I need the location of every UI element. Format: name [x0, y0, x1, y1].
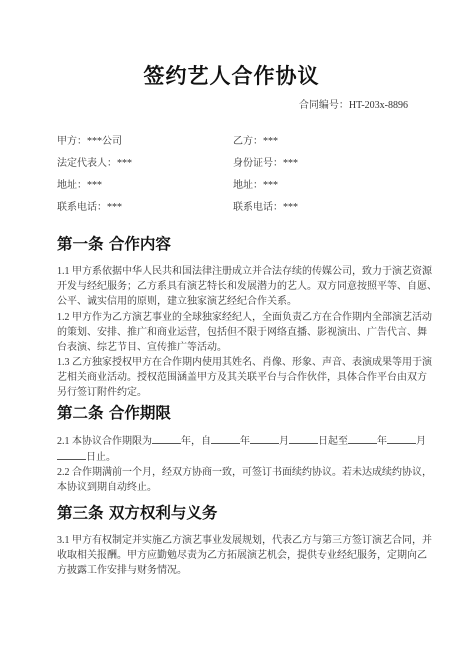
- party-row: 联系电话：*** 联系电话：***: [57, 201, 417, 223]
- blank-start-day[interactable]: [289, 433, 318, 444]
- party-b-address: 地址：***: [233, 179, 413, 201]
- text-line: 本协议到期自动终止。: [57, 480, 412, 495]
- text-line: 开发与经纪服务；乙方系具有演艺特长和发展潜力的艺人。双方同意按照平等、自愿、: [57, 279, 412, 294]
- party-row: 地址：*** 地址：***: [57, 179, 417, 201]
- text-segment: 日止。: [86, 452, 116, 463]
- text-line: 1.2 甲方作为乙方演艺事业的全球独家经纪人，全面负责乙方在合作期内全部演艺活动: [57, 310, 412, 325]
- clause-2-2: 2.2 合作期满前一个月，经双方协商一致，可签订书面续约协议。若未达成续约协议，…: [57, 465, 412, 495]
- party-a-phone: 联系电话：***: [57, 201, 233, 223]
- text-line: 艺相关商业活动。授权范围涵盖甲方及其关联平台与合作伙伴，具体合作平台由双方: [57, 370, 412, 385]
- text-line: 1.3 乙方独家授权甲方在合作期内使用其姓名、肖像、形象、声音、表演成果等用于演: [57, 355, 412, 370]
- blank-start-year[interactable]: [211, 433, 240, 444]
- section-heading-1: 第一条 合作内容: [57, 234, 171, 254]
- text-line: 2.1 本协议合作期限为年，自年月日起至年月: [57, 433, 412, 449]
- section-heading-3: 第三条 双方权利与义务: [57, 503, 217, 523]
- party-b-phone: 联系电话：***: [233, 201, 413, 223]
- clause-3-1: 3.1 甲方有权制定并实施乙方演艺事业发展规划，代表乙方与第三方签订演艺合同，并…: [57, 533, 412, 578]
- text-line: 方披露工作安排与财务情况。: [57, 563, 412, 578]
- party-a-legal-rep: 法定代表人：***: [57, 157, 233, 179]
- clause-1-2: 1.2 甲方作为乙方演艺事业的全球独家经纪人，全面负责乙方在合作期内全部演艺活动…: [57, 310, 412, 355]
- party-a-address: 地址：***: [57, 179, 233, 201]
- document-title: 签约艺人合作协议: [0, 63, 463, 89]
- clause-2-1: 2.1 本协议合作期限为年，自年月日起至年月 日止。: [57, 433, 412, 465]
- text-line: 另行签订附件约定。: [57, 385, 412, 400]
- text-line: 收取相关报酬。甲方应勤勉尽责为乙方拓展演艺机会，提供专业经纪服务，定期向乙: [57, 548, 412, 563]
- text-segment: 年: [377, 436, 387, 447]
- text-segment: 2.1 本协议合作期限为: [57, 436, 152, 447]
- text-line: 日止。: [57, 449, 412, 465]
- text-segment: 月: [279, 436, 289, 447]
- text-segment: 年: [240, 436, 250, 447]
- text-line: 公平、诚实信用的原则，建立独家演艺经纪合作关系。: [57, 294, 412, 309]
- blank-end-day[interactable]: [57, 449, 86, 460]
- contract-page: 签约艺人合作协议 合同编号：HT-203x-8896 甲方：***公司 乙方：*…: [0, 0, 463, 655]
- blank-years[interactable]: [152, 433, 181, 444]
- blank-end-year[interactable]: [348, 433, 377, 444]
- blank-start-month[interactable]: [250, 433, 279, 444]
- text-segment: 年，自: [181, 436, 211, 447]
- text-line: 3.1 甲方有权制定并实施乙方演艺事业发展规划，代表乙方与第三方签订演艺合同，并: [57, 533, 412, 548]
- text-segment: 日起至: [318, 436, 348, 447]
- party-a-name: 甲方：***公司: [57, 135, 233, 157]
- party-b-name: 乙方：***: [233, 135, 413, 157]
- text-line: 的策划、安排、推广和商业运营，包括但不限于网络直播、影视演出、广告代言、舞: [57, 325, 412, 340]
- text-line: 台表演、综艺节目、宣传推广等活动。: [57, 340, 412, 355]
- text-segment: 月: [416, 436, 426, 447]
- clause-1-1: 1.1 甲方系依据中华人民共和国法律注册成立并合法存续的传媒公司，致力于演艺资源…: [57, 264, 412, 309]
- section-heading-2: 第二条 合作期限: [57, 403, 171, 423]
- party-info-block: 甲方：***公司 乙方：*** 法定代表人：*** 身份证号：*** 地址：**…: [57, 135, 417, 223]
- text-line: 2.2 合作期满前一个月，经双方协商一致，可签订书面续约协议。若未达成续约协议，: [57, 465, 412, 480]
- party-row: 法定代表人：*** 身份证号：***: [57, 157, 417, 179]
- contract-number: 合同编号：HT-203x-8896: [299, 99, 408, 113]
- blank-end-month[interactable]: [387, 433, 416, 444]
- text-line: 1.1 甲方系依据中华人民共和国法律注册成立并合法存续的传媒公司，致力于演艺资源: [57, 264, 412, 279]
- clause-1-3: 1.3 乙方独家授权甲方在合作期内使用其姓名、肖像、形象、声音、表演成果等用于演…: [57, 355, 412, 400]
- party-b-id-number: 身份证号：***: [233, 157, 413, 179]
- party-row: 甲方：***公司 乙方：***: [57, 135, 417, 157]
